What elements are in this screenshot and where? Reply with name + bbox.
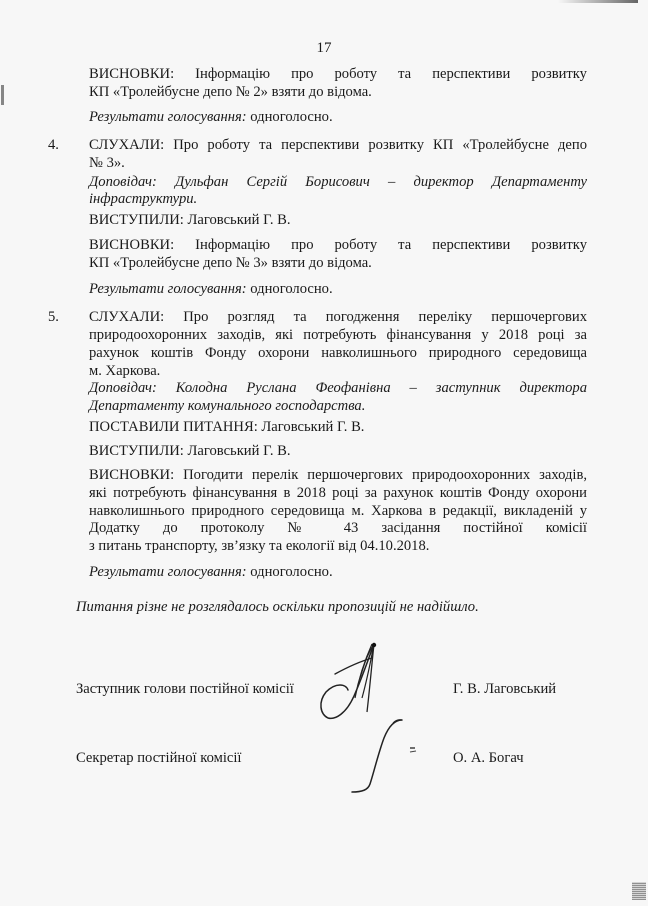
item5-conclusions-line1: ВИСНОВКИ: Погодити перелік першочергових… — [89, 467, 587, 483]
item4-conclusions-line1: ВИСНОВКИ: Інформацію про роботу та персп… — [89, 237, 587, 253]
word: роботу — [335, 66, 378, 82]
item5-conclusions-line3: навколишнього природного середовища м. Х… — [89, 503, 587, 519]
item4-speaker-line2: інфраструктури. — [89, 191, 197, 207]
item5-number: 5. — [48, 309, 59, 325]
item4-heard-line2: № 3». — [89, 155, 125, 171]
item5-speaker-line1: Доповідач: Колодна Руслана Феофанівна – … — [89, 380, 587, 396]
word: Інформацію — [195, 66, 270, 82]
item3-vote-result: Результати голосування: одноголосно. — [89, 109, 333, 125]
document-page: 17 ВИСНОВКИ: Інформацію про роботу та пе… — [0, 0, 648, 906]
item4-vote-result: Результати голосування: одноголосно. — [89, 281, 333, 297]
item4-heard-line1: СЛУХАЛИ: Про роботу та перспективи розви… — [89, 137, 587, 153]
item5-conclusions-line2: які потребують фінансування в 2018 році … — [89, 485, 587, 501]
heard-text: Про розгляд та погодження переліку першо… — [183, 309, 587, 325]
item5-heard-line1: СЛУХАЛИ: Про розгляд та погодження перел… — [89, 309, 587, 325]
item4-conclusions-line2: КП «Тролейбусне депо № 3» взяти до відом… — [89, 255, 372, 271]
vote-value: одноголосно. — [250, 564, 332, 580]
item5-conclusions-line4: Додатку до протоколу № 43 засідання пост… — [89, 520, 587, 536]
signatory-name-secretary: О. А. Богач — [453, 750, 524, 766]
item5-heard-line2: природоохоронних заходів, які потребують… — [89, 327, 587, 343]
item5-heard-line4: м. Харкова. — [89, 363, 160, 379]
item5-speaker-line2: Департаменту комунального господарства. — [89, 398, 365, 414]
other-matters-note: Питання різне не розглядалось оскільки п… — [76, 599, 479, 615]
word: розвитку — [531, 66, 587, 82]
vote-label: Результати голосування: — [89, 564, 247, 580]
word: про — [291, 66, 313, 82]
signatory-title-secretary: Секретар постійної комісії — [76, 750, 241, 766]
page-number: 17 — [0, 40, 648, 56]
word: перспективи — [432, 66, 510, 82]
word: та — [398, 66, 411, 82]
item4-speaker-line1: Доповідач: Дульфан Сергій Борисович – ди… — [89, 174, 587, 190]
scan-artifact-top — [558, 0, 638, 3]
item5-spoke: ВИСТУПИЛИ: Лаговський Г. В. — [89, 443, 291, 459]
item5-questions: ПОСТАВИЛИ ПИТАННЯ: Лаговський Г. В. — [89, 419, 364, 435]
heard-text: Про роботу та перспективи розвитку КП «Т… — [173, 137, 587, 153]
item5-vote-result: Результати голосування: одноголосно. — [89, 564, 333, 580]
signatory-name-deputy-chair: Г. В. Лаговський — [453, 681, 556, 697]
conclusions-label: ВИСНОВКИ: — [89, 66, 174, 82]
vote-label: Результати голосування: — [89, 109, 247, 125]
item5-heard-line3: рахунок коштів Фонду охорони навколишньо… — [89, 345, 587, 361]
signatory-title-deputy-chair: Заступник голови постійної комісії — [76, 681, 294, 697]
item3-conclusions-line2: КП «Тролейбусне депо № 2» взяти до відом… — [89, 84, 372, 100]
heard-label: СЛУХАЛИ: — [89, 137, 164, 153]
signature-secretary-icon — [350, 710, 430, 800]
item4-spoke: ВИСТУПИЛИ: Лаговський Г. В. — [89, 212, 291, 228]
item5-conclusions-line5: з питань транспорту, зв’язку та екології… — [89, 538, 429, 554]
vote-value: одноголосно. — [250, 281, 332, 297]
vote-label: Результати голосування: — [89, 281, 247, 297]
scan-artifact-corner — [632, 882, 646, 900]
item3-conclusions-line1: ВИСНОВКИ: Інформацію про роботу та персп… — [89, 66, 587, 82]
scan-artifact-left — [1, 85, 4, 105]
heard-label: СЛУХАЛИ: — [89, 309, 164, 325]
vote-value: одноголосно. — [250, 109, 332, 125]
item4-number: 4. — [48, 137, 59, 153]
